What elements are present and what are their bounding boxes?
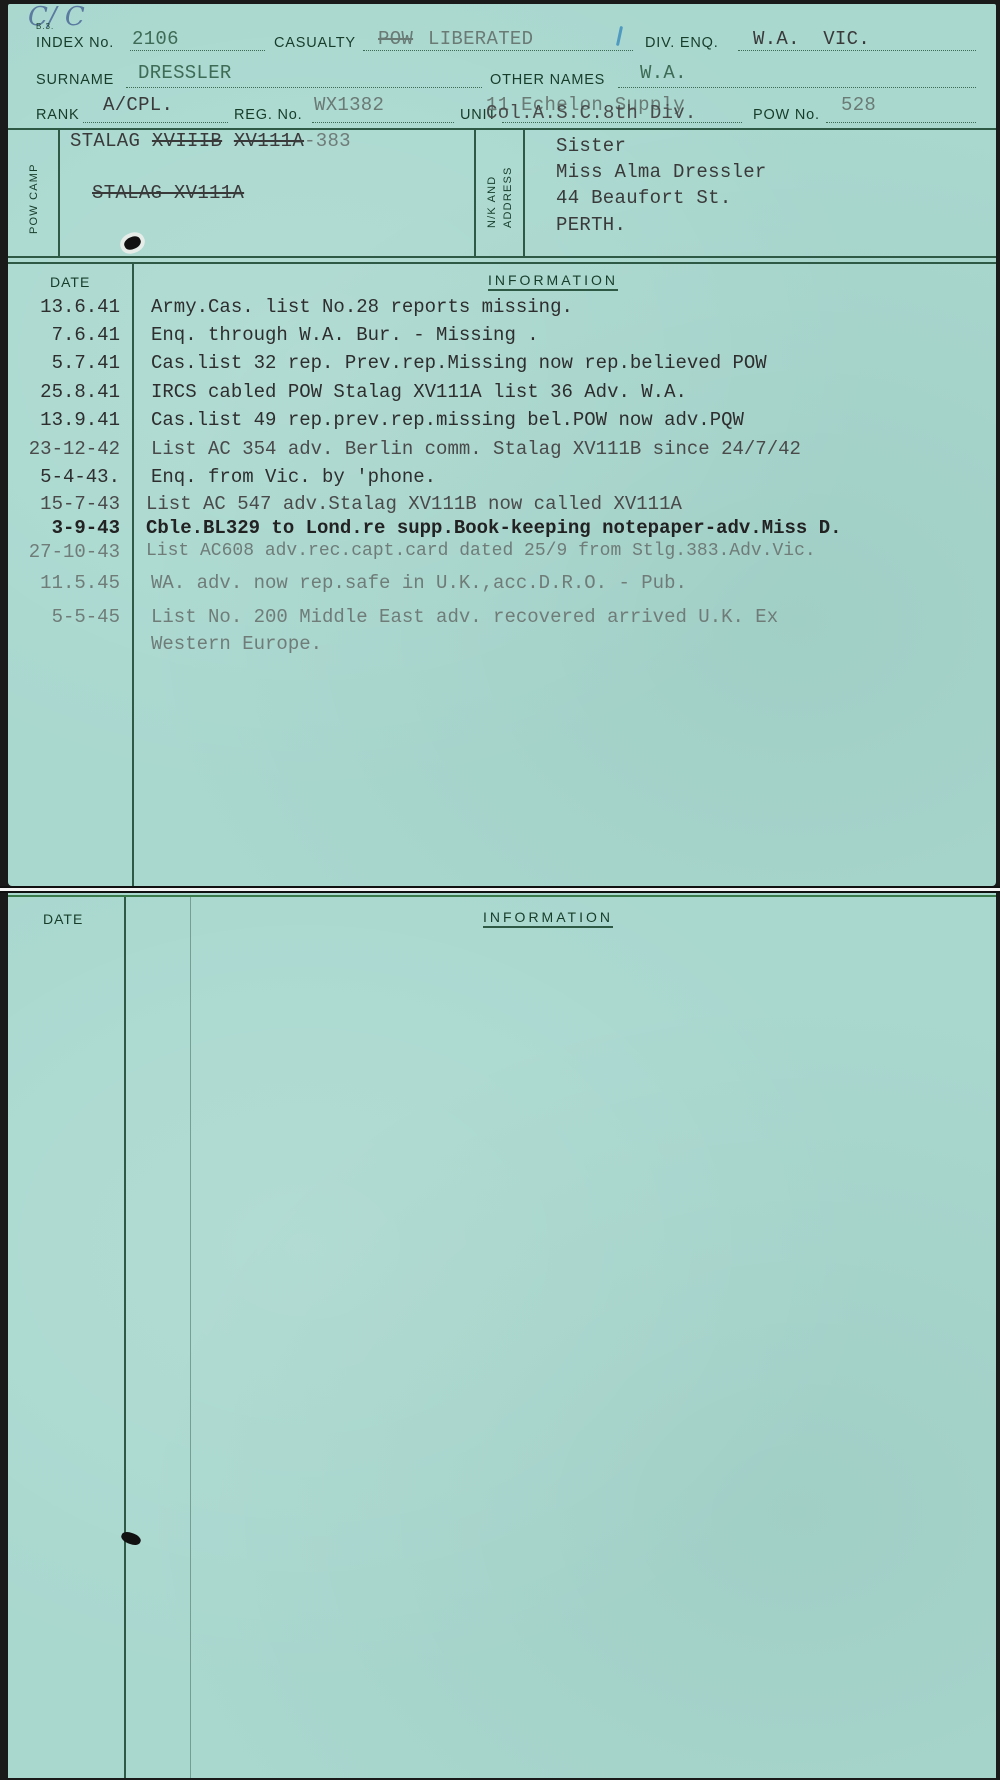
rank-label: RANK (36, 107, 80, 123)
other-names-label: OTHER NAMES (490, 72, 605, 88)
punch-hole (122, 234, 142, 252)
surname-label: SURNAME (36, 72, 114, 88)
nok-line-2: Miss Alma Dressler (556, 161, 767, 183)
entry-date: 23-12-42 (8, 438, 120, 460)
back-date-column-header: DATE (43, 911, 83, 927)
pow-camp-line1: STALAG XVIIIB XV111A-383 (70, 130, 351, 152)
date-column-header: DATE (50, 274, 90, 290)
nok-line-1: Sister (556, 135, 626, 157)
index-label: INDEX No. (36, 35, 114, 51)
entry-text: List No. 200 Middle East adv. recovered … (151, 606, 778, 628)
record-card-front: C/ C B.3. INDEX No. 2106 CASUALTY POW LI… (8, 4, 996, 886)
record-card-back: DATE INFORMATION (8, 893, 996, 1778)
div-enq-value: W.A. VIC. (753, 28, 870, 50)
entry-text: IRCS cabled POW Stalag XV111A list 36 Ad… (151, 381, 687, 403)
information-column-header: INFORMATION (488, 272, 618, 291)
nok-label-line2: ADDRESS (502, 166, 514, 228)
entry-date: 13.9.41 (8, 409, 120, 431)
nok-label-line1: N/K AND (486, 176, 498, 228)
div-enq-label: DIV. ENQ. (645, 35, 719, 51)
index-value: 2106 (132, 28, 179, 50)
entry-date: 7.6.41 (8, 324, 120, 346)
entry-text: WA. adv. now rep.safe in U.K.,acc.D.R.O.… (151, 572, 687, 594)
card-separator (0, 886, 1000, 893)
entry-date: 3-9-43 (8, 517, 120, 539)
entry-date: 11.5.45 (8, 572, 120, 594)
nok-line-4: PERTH. (556, 214, 626, 236)
entry-date: 5-4-43. (8, 466, 120, 488)
form-code: B.3. (36, 22, 54, 31)
entry-text: Western Europe. (151, 633, 322, 655)
entry-text: Enq. from Vic. by 'phone. (151, 466, 436, 488)
pow-no-value: 528 (841, 94, 876, 116)
unit-value: Col.A.S.C.8th Div. (486, 102, 697, 124)
entry-date: 5-5-45 (8, 606, 120, 628)
reg-no-value: WX1382 (314, 94, 384, 116)
entry-text: Enq. through W.A. Bur. - Missing . (151, 324, 539, 346)
entry-date: 27-10-43 (8, 541, 120, 563)
nok-line-3: 44 Beaufort St. (556, 187, 732, 209)
surname-value: DRESSLER (138, 62, 232, 84)
entry-text: List AC 547 adv.Stalag XV111B now called… (146, 493, 682, 515)
entry-date: 13.6.41 (8, 296, 120, 318)
casualty-struck-value: POW (378, 28, 413, 50)
pow-camp-label: POW CAMP (28, 163, 40, 234)
entry-date: 15-7-43 (8, 493, 120, 515)
reg-no-label: REG. No. (234, 107, 302, 123)
entry-text: List AC 354 adv. Berlin comm. Stalag XV1… (151, 438, 801, 460)
entry-text: Army.Cas. list No.28 reports missing. (151, 296, 573, 318)
entry-text: List AC608 adv.rec.capt.card dated 25/9 … (146, 541, 816, 561)
other-names-value: W.A. (640, 62, 687, 84)
entry-text: Cas.list 49 rep.prev.rep.missing bel.POW… (151, 409, 744, 431)
entry-date: 5.7.41 (8, 352, 120, 374)
rank-value: A/CPL. (103, 94, 173, 116)
pow-camp-line2: STALAG XV111A (92, 182, 244, 204)
pen-mark (616, 26, 623, 46)
pow-no-label: POW No. (753, 107, 820, 123)
casualty-value: LIBERATED (428, 28, 533, 50)
entry-text: Cas.list 32 rep. Prev.rep.Missing now re… (151, 352, 767, 374)
casualty-label: CASUALTY (274, 35, 356, 51)
entry-text: Cble.BL329 to Lond.re supp.Book-keeping … (146, 517, 842, 539)
entry-date: 25.8.41 (8, 381, 120, 403)
back-information-column-header: INFORMATION (483, 909, 613, 928)
